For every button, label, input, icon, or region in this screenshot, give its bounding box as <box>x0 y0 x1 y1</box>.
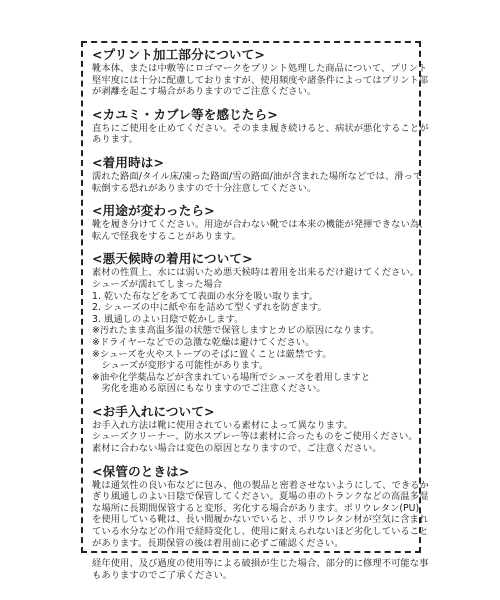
section-heading: <悪天候時の着用について> <box>92 251 414 266</box>
footer-text: 経年使用、及び過度の使用等による破損が生じた場合、部分的に修理不可能な事 <box>92 558 414 570</box>
body-text: 濡れた路面/タイル床/凍った路面/雪の路面/油が含まれた場所などでは、滑って <box>92 171 414 183</box>
section-wearing: <着用時は> 濡れた路面/タイル床/凍った路面/雪の路面/油が含まれた場所などで… <box>92 155 414 194</box>
footer-note: 経年使用、及び過度の使用等による破損が生じた場合、部分的に修理不可能な事 もあり… <box>92 558 414 581</box>
section-heading: <用途が変わったら> <box>92 203 414 218</box>
body-text: な場所に長期間保管すると変形、劣化する場合があります。ポリウレタン(PU) <box>92 503 414 515</box>
section-heading: <保管のときは> <box>92 464 414 479</box>
body-text: 靴を履き分けてください。用途が合わない靴では本来の機能が発揮できない為、 <box>92 219 414 231</box>
note-text: ※シューズを火やストーブのそばに置くことは厳禁です。 <box>92 349 414 361</box>
body-text: 転んで怪我をすることがあります。 <box>92 231 414 243</box>
body-text: が剥離を起こす場合がありますのでご注意ください。 <box>92 86 414 98</box>
list-item: 2. シューズの中に紙や布を詰めて型くずれを防ぎます。 <box>92 302 414 314</box>
section-heading: <着用時は> <box>92 155 414 170</box>
section-irritation: <カユミ・カブレ等を感じたら> 直ちにご使用を止めてください。そのまま履き続ける… <box>92 107 414 146</box>
body-text: あります。 <box>92 134 414 146</box>
body-text: シューズが濡れてしまった場合 <box>92 279 414 291</box>
body-text: 転倒する恐れがありますので十分注意してください。 <box>92 183 414 195</box>
section-heading: <カユミ・カブレ等を感じたら> <box>92 107 414 122</box>
note-text: ※ドライヤーなどでの急激な乾燥は避けてください。 <box>92 337 414 349</box>
list-item: 3. 風通しのよい日陰で乾かします。 <box>92 314 414 326</box>
body-text: 直ちにご使用を止めてください。そのまま履き続けると、病状が悪化することが <box>92 123 414 135</box>
note-text: ※汚れたまま高温多湿の状態で保管しますとカビの原因になります。 <box>92 325 414 337</box>
body-text: 靴は通気性の良い布などに包み、他の製品と密着させないようにして、できるか <box>92 480 414 492</box>
note-text: ※油や化学薬品などが含まれている場所でシューズを着用しますと <box>92 372 414 384</box>
note-text: シューズが変形する可能性があります。 <box>92 360 414 372</box>
body-text: 素材の性質上、水には弱いため悪天候時は着用を出来るだけ避けてください。 <box>92 267 414 279</box>
body-text: を使用している靴は、長い間履かないでいると、ポリウレタン材が空気に含まれ <box>92 514 414 526</box>
body-text: お手入れ方法は靴に使用されている素材によって異なります。 <box>92 420 414 432</box>
footer-text: もありますのでご了承ください。 <box>92 570 414 582</box>
body-text: があります。長期保管の後は着用前に必ずご確認ください。 <box>92 538 414 550</box>
list-item: 1. 乾いた布などをあてて表面の水分を吸い取ります。 <box>92 291 414 303</box>
care-instructions-document: <プリント加工部分について> 靴本体、または中敷等にロゴマークをプリント処理した… <box>92 47 414 581</box>
body-text: 素材に合わない場合は変色の原因となりますので、ご注意ください。 <box>92 443 414 455</box>
section-usage-change: <用途が変わったら> 靴を履き分けてください。用途が合わない靴では本来の機能が発… <box>92 203 414 242</box>
section-care: <お手入れについて> お手入れ方法は靴に使用されている素材によって異なります。 … <box>92 404 414 455</box>
body-text: ている水分などの作用で経時変化し、使用に耐えられないほど劣化していること <box>92 526 414 538</box>
note-text: 劣化を進める原因にもなりますのでご注意ください。 <box>92 383 414 395</box>
body-text: ぎり風通しのよい日陰で保管してください。夏場の車のトランクなどの高温多湿 <box>92 491 414 503</box>
section-storage: <保管のときは> 靴は通気性の良い布などに包み、他の製品と密着させないようにして… <box>92 464 414 550</box>
body-text: シューズクリーナー、防水スプレー等は素材に合ったものをご使用ください。 <box>92 431 414 443</box>
body-text: 堅牢度には十分に配慮しておりますが、使用頻度や諸条件によってはプリント部 <box>92 75 414 87</box>
section-heading: <お手入れについて> <box>92 404 414 419</box>
body-text: 靴本体、または中敷等にロゴマークをプリント処理した商品について、プリント <box>92 63 414 75</box>
section-heading: <プリント加工部分について> <box>92 47 414 62</box>
section-bad-weather: <悪天候時の着用について> 素材の性質上、水には弱いため悪天候時は着用を出来るだ… <box>92 251 414 395</box>
section-print: <プリント加工部分について> 靴本体、または中敷等にロゴマークをプリント処理した… <box>92 47 414 98</box>
